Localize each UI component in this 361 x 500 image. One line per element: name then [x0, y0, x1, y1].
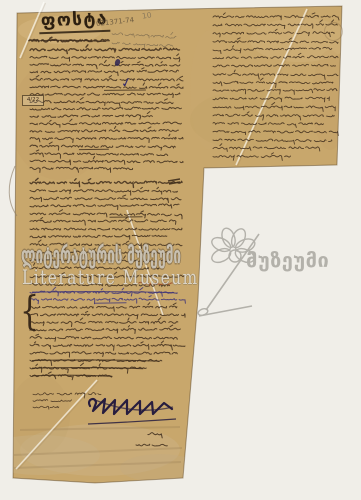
page-number: 10 — [141, 10, 152, 21]
scanned-manuscript-page: ფოსტა 021371-74 10 4/22 ✓ { ლიტერატურის … — [0, 0, 361, 500]
watermark-museum-label: მუზეუმი — [246, 248, 329, 272]
margin-stamp: 4/22 — [22, 95, 44, 106]
watermark-english: Literature Museum — [22, 266, 199, 289]
brace-annotation: { — [20, 288, 39, 335]
faint-round-stamp — [324, 22, 343, 41]
